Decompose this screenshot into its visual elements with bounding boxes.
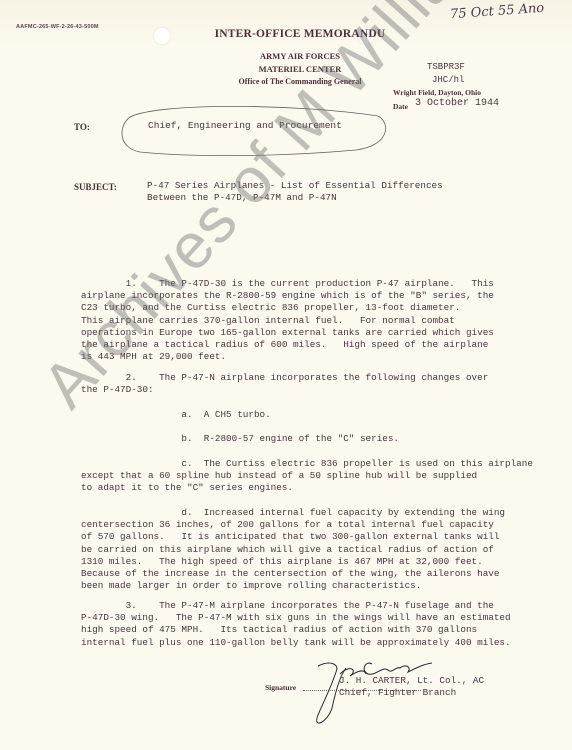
handwritten-signature-icon xyxy=(0,0,572,750)
memo-page: AAFMC-265-WF-2-26-43-500M 75 Oct 55 Ano … xyxy=(0,0,572,750)
